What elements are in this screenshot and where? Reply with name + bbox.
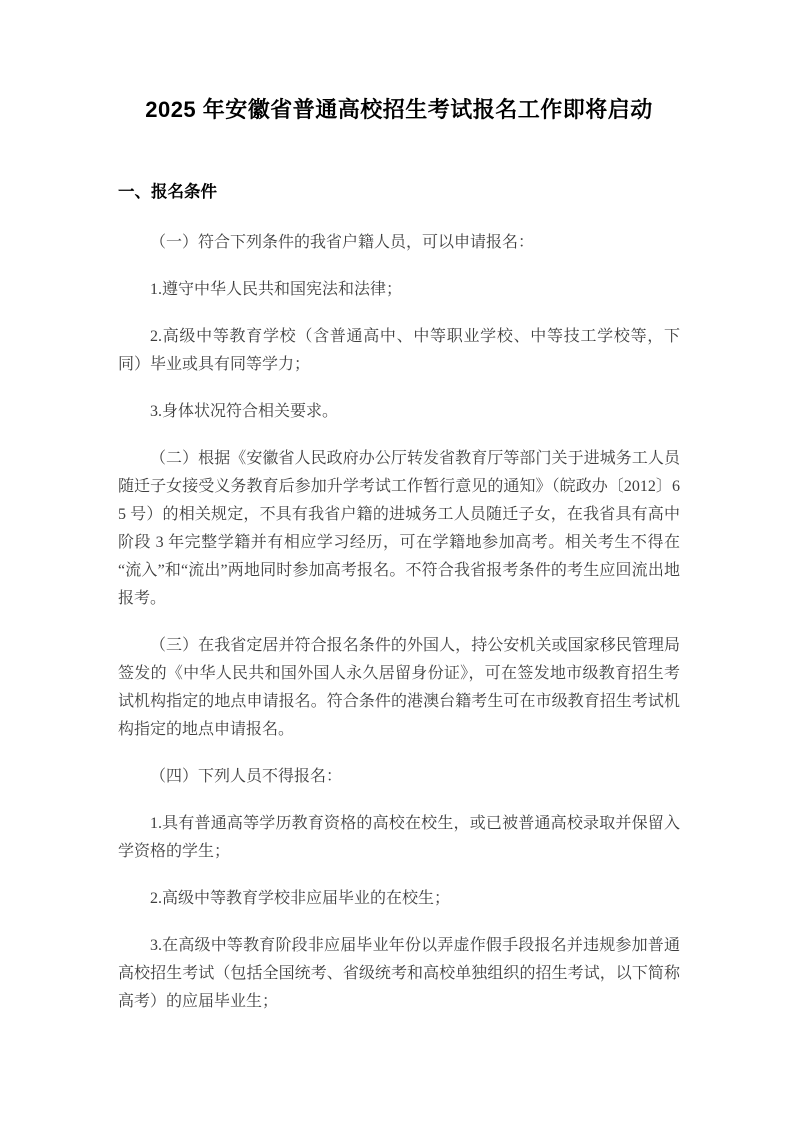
paragraph-condition-4-item-3: 3.在高级中等教育阶段非应届毕业年份以弄虚作假手段报名并违规参加普通高校招生考试… — [118, 932, 680, 1016]
document-page: 2025 年安徽省普通高校招生考试报名工作即将启动 一、报名条件 （一）符合下列… — [0, 0, 793, 1122]
paragraph-condition-1: （一）符合下列条件的我省户籍人员，可以申请报名： — [118, 229, 680, 257]
paragraph-condition-4: （四）下列人员不得报名： — [118, 763, 680, 791]
paragraph-condition-1-item-1: 1.遵守中华人民共和国宪法和法律； — [118, 276, 680, 304]
paragraph-condition-3: （三）在我省定居并符合报名条件的外国人，持公安机关或国家移民管理局签发的《中华人… — [118, 632, 680, 744]
paragraph-condition-1-item-2: 2.高级中等教育学校（含普通高中、中等职业学校、中等技工学校等，下同）毕业或具有… — [118, 323, 680, 379]
paragraph-condition-4-item-2: 2.高级中等教育学校非应届毕业的在校生； — [118, 885, 680, 913]
section-heading-registration-conditions: 一、报名条件 — [118, 180, 680, 204]
paragraph-condition-4-item-1: 1.具有普通高等学历教育资格的高校在校生，或已被普通高校录取并保留入学资格的学生… — [118, 810, 680, 866]
paragraph-condition-2: （二）根据《安徽省人民政府办公厅转发省教育厅等部门关于进城务工人员随迁子女接受义… — [118, 445, 680, 613]
document-title: 2025 年安徽省普通高校招生考试报名工作即将启动 — [118, 92, 680, 128]
paragraph-condition-1-item-3: 3.身体状况符合相关要求。 — [118, 398, 680, 426]
